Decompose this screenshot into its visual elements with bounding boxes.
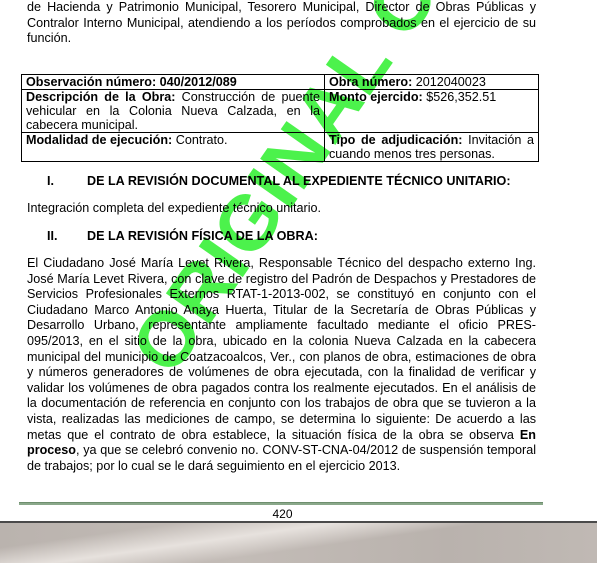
observation-number-label: Observación número: — [26, 75, 156, 89]
execution-mode-label: Modalidad de ejecución: — [26, 133, 172, 147]
table-row: Observación número: 040/2012/089 Obra nú… — [22, 75, 539, 90]
table-row: Modalidad de ejecución: Contrato. Tipo d… — [22, 133, 539, 162]
work-number-label: Obra número: — [329, 75, 412, 89]
observation-number-value: 040/2012/089 — [160, 75, 237, 89]
section-number: II. — [47, 229, 58, 245]
observation-number-cell: Observación número: 040/2012/089 — [22, 75, 325, 90]
amount-value: $526,352.51 — [426, 90, 496, 104]
work-number-value: 2012040023 — [416, 75, 486, 89]
amount-label: Monto ejercido: — [329, 90, 423, 104]
section-number: I. — [47, 174, 54, 190]
execution-mode-value: Contrato. — [176, 133, 228, 147]
section-title: DE LA REVISIÓN DOCUMENTAL AL EXPEDIENTE … — [87, 174, 511, 190]
document-page: ORIGINAL OPFIS de Hacienda y Patrimonio … — [0, 0, 597, 521]
section-fisica-text: El Ciudadano José María Levet Rivera, Re… — [27, 256, 536, 474]
page-number: 420 — [0, 507, 565, 521]
award-type-label: Tipo de adjudicación: — [329, 133, 463, 147]
execution-mode-cell: Modalidad de ejecución: Contrato. — [22, 133, 325, 162]
section-title: DE LA REVISIÓN FÍSICA DE LA OBRA: — [87, 229, 318, 245]
body-text: El Ciudadano José María Levet Rivera, Re… — [27, 256, 536, 442]
intro-paragraph: de Hacienda y Patrimonio Municipal, Teso… — [27, 0, 536, 47]
viewer-background — [0, 523, 597, 563]
table-row: Descripción de la Obra: Construcción de … — [22, 90, 539, 133]
description-label: Descripción de la Obra: — [26, 90, 175, 104]
section-documental-text: Integración completa del expediente técn… — [27, 201, 321, 217]
observation-table: Observación número: 040/2012/089 Obra nú… — [21, 74, 539, 162]
body-text: , ya que se celebró convenio no. CONV-ST… — [27, 443, 536, 473]
description-cell: Descripción de la Obra: Construcción de … — [22, 90, 325, 133]
amount-cell: Monto ejercido: $526,352.51 — [325, 90, 539, 133]
work-number-cell: Obra número: 2012040023 — [325, 75, 539, 90]
award-type-cell: Tipo de adjudicación: Invitación a cuand… — [325, 133, 539, 162]
footer-rule — [19, 502, 543, 505]
